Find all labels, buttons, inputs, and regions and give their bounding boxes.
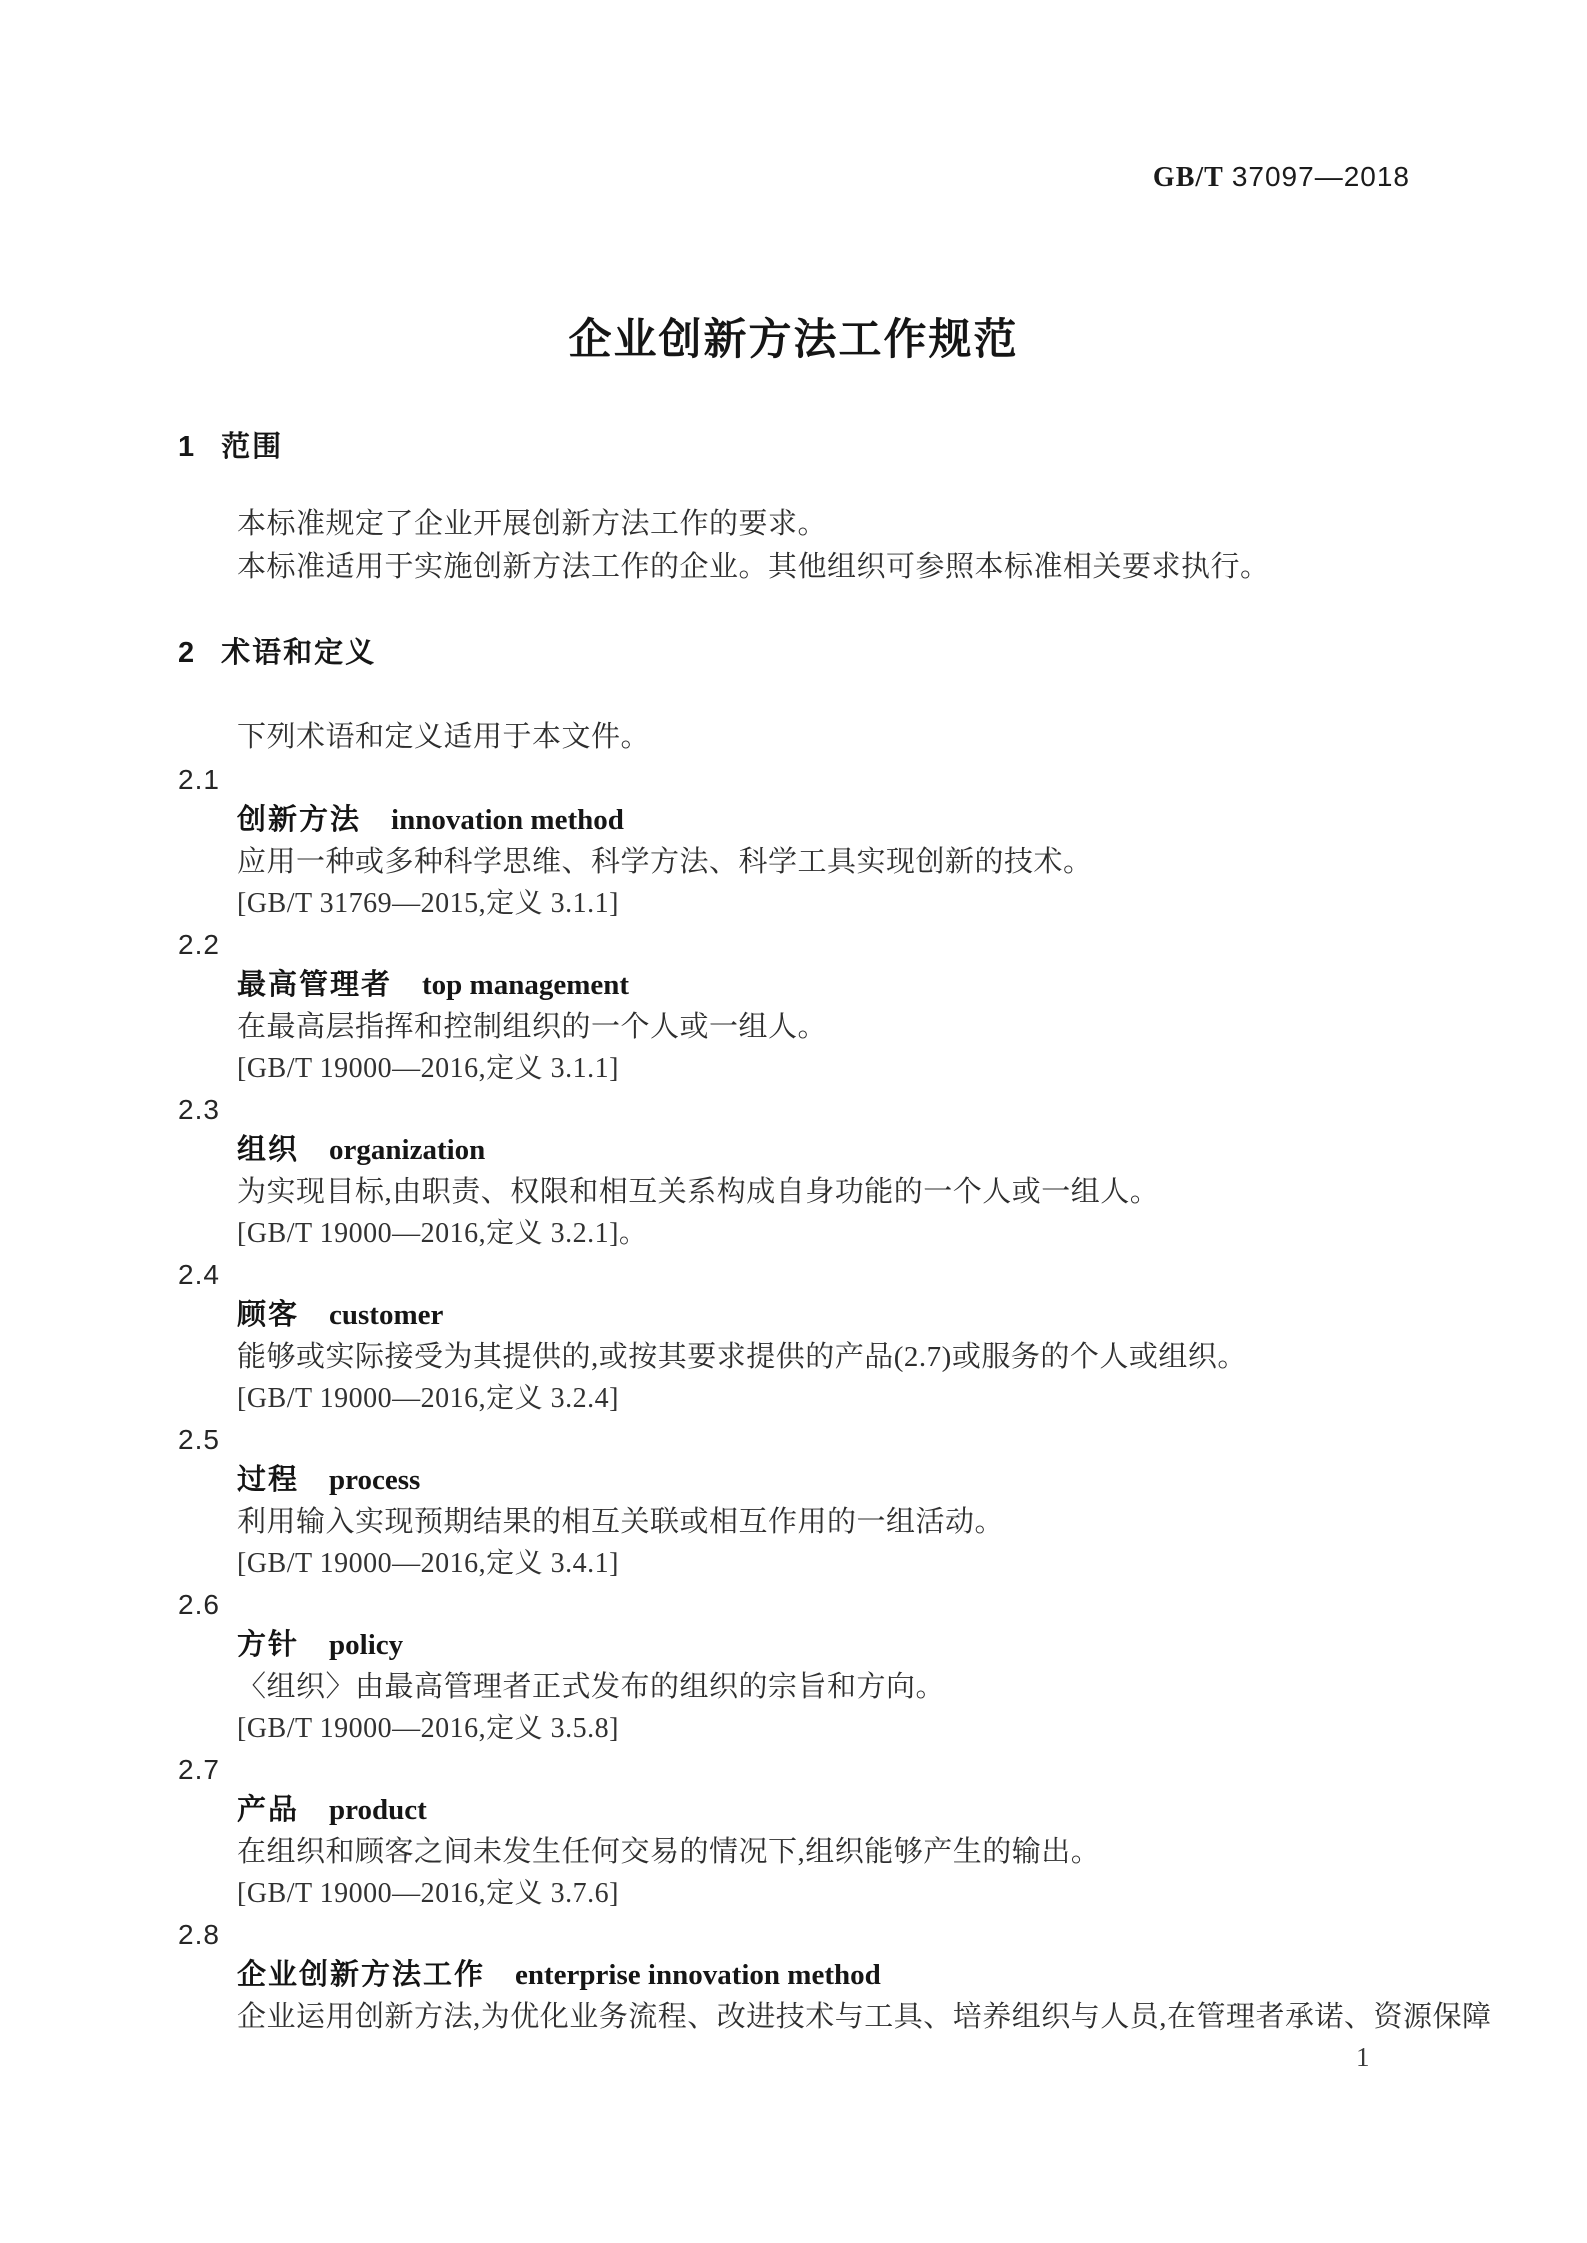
term-en: innovation method bbox=[391, 804, 624, 836]
term-citation: [GB/T 19000—2016,定义 3.1.1] bbox=[237, 1048, 619, 1090]
term-number: 2.3 bbox=[178, 1089, 220, 1131]
term-definition: 在组织和顾客之间未发生任何交易的情况下,组织能够产生的输出。 bbox=[237, 1831, 1100, 1873]
document-code-number: 37097—2018 bbox=[1232, 161, 1410, 192]
term-zh: 方针 bbox=[237, 1629, 299, 1661]
term-definition: 〈组织〉由最高管理者正式发布的组织的宗旨和方向。 bbox=[237, 1666, 945, 1708]
term-zh: 组织 bbox=[237, 1134, 299, 1166]
term-block: 2.1 创新方法innovation method 应用一种或多种科学思维、科学… bbox=[0, 759, 1587, 925]
term-block: 2.7 产品product 在组织和顾客之间未发生任何交易的情况下,组织能够产生… bbox=[0, 1749, 1587, 1915]
term-definition: 在最高层指挥和控制组织的一个人或一组人。 bbox=[237, 1006, 827, 1048]
term-number: 2.6 bbox=[178, 1584, 220, 1626]
clause-1-number: 1 bbox=[178, 431, 195, 463]
term-number: 2.5 bbox=[178, 1419, 220, 1461]
document-code-prefix: GB/T bbox=[1153, 162, 1224, 193]
term-number: 2.8 bbox=[178, 1914, 220, 1956]
terms-intro: 下列术语和定义适用于本文件。 bbox=[237, 716, 650, 758]
term-definition: 应用一种或多种科学思维、科学方法、科学工具实现创新的技术。 bbox=[237, 841, 1093, 883]
clause-1-heading: 1范围 bbox=[178, 426, 283, 468]
term-en: product bbox=[329, 1794, 427, 1826]
term-block: 2.3 组织organization 为实现目标,由职责、权限和相互关系构成自身… bbox=[0, 1089, 1587, 1255]
term-zh: 过程 bbox=[237, 1464, 299, 1496]
scope-paragraph: 本标准规定了企业开展创新方法工作的要求。 bbox=[237, 503, 827, 545]
term-number: 2.1 bbox=[178, 759, 220, 801]
term-citation: [GB/T 19000—2016,定义 3.2.4] bbox=[237, 1378, 619, 1420]
term-number: 2.4 bbox=[178, 1254, 220, 1296]
term-citation: [GB/T 19000—2016,定义 3.2.1]。 bbox=[237, 1213, 647, 1255]
term-citation: [GB/T 19000—2016,定义 3.5.8] bbox=[237, 1708, 619, 1750]
term-definition: 企业运用创新方法,为优化业务流程、改进技术与工具、培养组织与人员,在管理者承诺、… bbox=[237, 1996, 1492, 2038]
document-title: 企业创新方法工作规范 bbox=[0, 308, 1587, 372]
clause-1-title: 范围 bbox=[221, 431, 283, 463]
term-block: 2.8 企业创新方法工作enterprise innovation method… bbox=[0, 1914, 1587, 2080]
clause-2-number: 2 bbox=[178, 637, 195, 669]
term-title: 产品product bbox=[237, 1789, 427, 1836]
term-number: 2.2 bbox=[178, 924, 220, 966]
term-en: process bbox=[329, 1464, 420, 1496]
term-definition: 为实现目标,由职责、权限和相互关系构成自身功能的一个人或一组人。 bbox=[237, 1171, 1159, 1213]
term-en: policy bbox=[329, 1629, 403, 1661]
scope-paragraph: 本标准适用于实施创新方法工作的企业。其他组织可参照本标准相关要求执行。 bbox=[237, 546, 1270, 588]
term-citation: [GB/T 19000—2016,定义 3.7.6] bbox=[237, 1873, 619, 1915]
term-en: organization bbox=[329, 1134, 485, 1166]
term-zh: 产品 bbox=[237, 1794, 299, 1826]
term-zh: 企业创新方法工作 bbox=[237, 1959, 485, 1991]
term-block: 2.5 过程process 利用输入实现预期结果的相互关联或相互作用的一组活动。… bbox=[0, 1419, 1587, 1585]
term-en: top management bbox=[422, 969, 629, 1001]
term-zh: 创新方法 bbox=[237, 804, 361, 836]
term-en: enterprise innovation method bbox=[515, 1959, 881, 1991]
term-number: 2.7 bbox=[178, 1749, 220, 1791]
term-zh: 最高管理者 bbox=[237, 969, 392, 1001]
term-definition: 能够或实际接受为其提供的,或按其要求提供的产品(2.7)或服务的个人或组织。 bbox=[237, 1336, 1247, 1378]
term-block: 2.2 最高管理者top management 在最高层指挥和控制组织的一个人或… bbox=[0, 924, 1587, 1090]
term-title: 过程process bbox=[237, 1459, 420, 1506]
document-code: GB/T37097—2018 bbox=[1153, 160, 1410, 195]
term-title: 创新方法innovation method bbox=[237, 799, 624, 846]
standard-document-page: GB/T37097—2018 企业创新方法工作规范 1范围 本标准规定了企业开展… bbox=[0, 0, 1587, 2243]
term-citation: [GB/T 31769—2015,定义 3.1.1] bbox=[237, 883, 619, 925]
term-zh: 顾客 bbox=[237, 1299, 299, 1331]
term-definition: 利用输入实现预期结果的相互关联或相互作用的一组活动。 bbox=[237, 1501, 1004, 1543]
term-en: customer bbox=[329, 1299, 443, 1331]
term-citation: [GB/T 19000—2016,定义 3.4.1] bbox=[237, 1543, 619, 1585]
term-title: 组织organization bbox=[237, 1129, 485, 1176]
clause-2-heading: 2术语和定义 bbox=[178, 632, 376, 674]
term-block: 2.4 顾客customer 能够或实际接受为其提供的,或按其要求提供的产品(2… bbox=[0, 1254, 1587, 1420]
term-title: 顾客customer bbox=[237, 1294, 443, 1341]
term-title: 最高管理者top management bbox=[237, 964, 629, 1011]
page-number: 1 bbox=[1356, 2040, 1370, 2074]
clause-2-title: 术语和定义 bbox=[221, 637, 376, 669]
term-title: 方针policy bbox=[237, 1624, 403, 1671]
term-block: 2.6 方针policy 〈组织〉由最高管理者正式发布的组织的宗旨和方向。 [G… bbox=[0, 1584, 1587, 1750]
term-title: 企业创新方法工作enterprise innovation method bbox=[237, 1954, 881, 2001]
